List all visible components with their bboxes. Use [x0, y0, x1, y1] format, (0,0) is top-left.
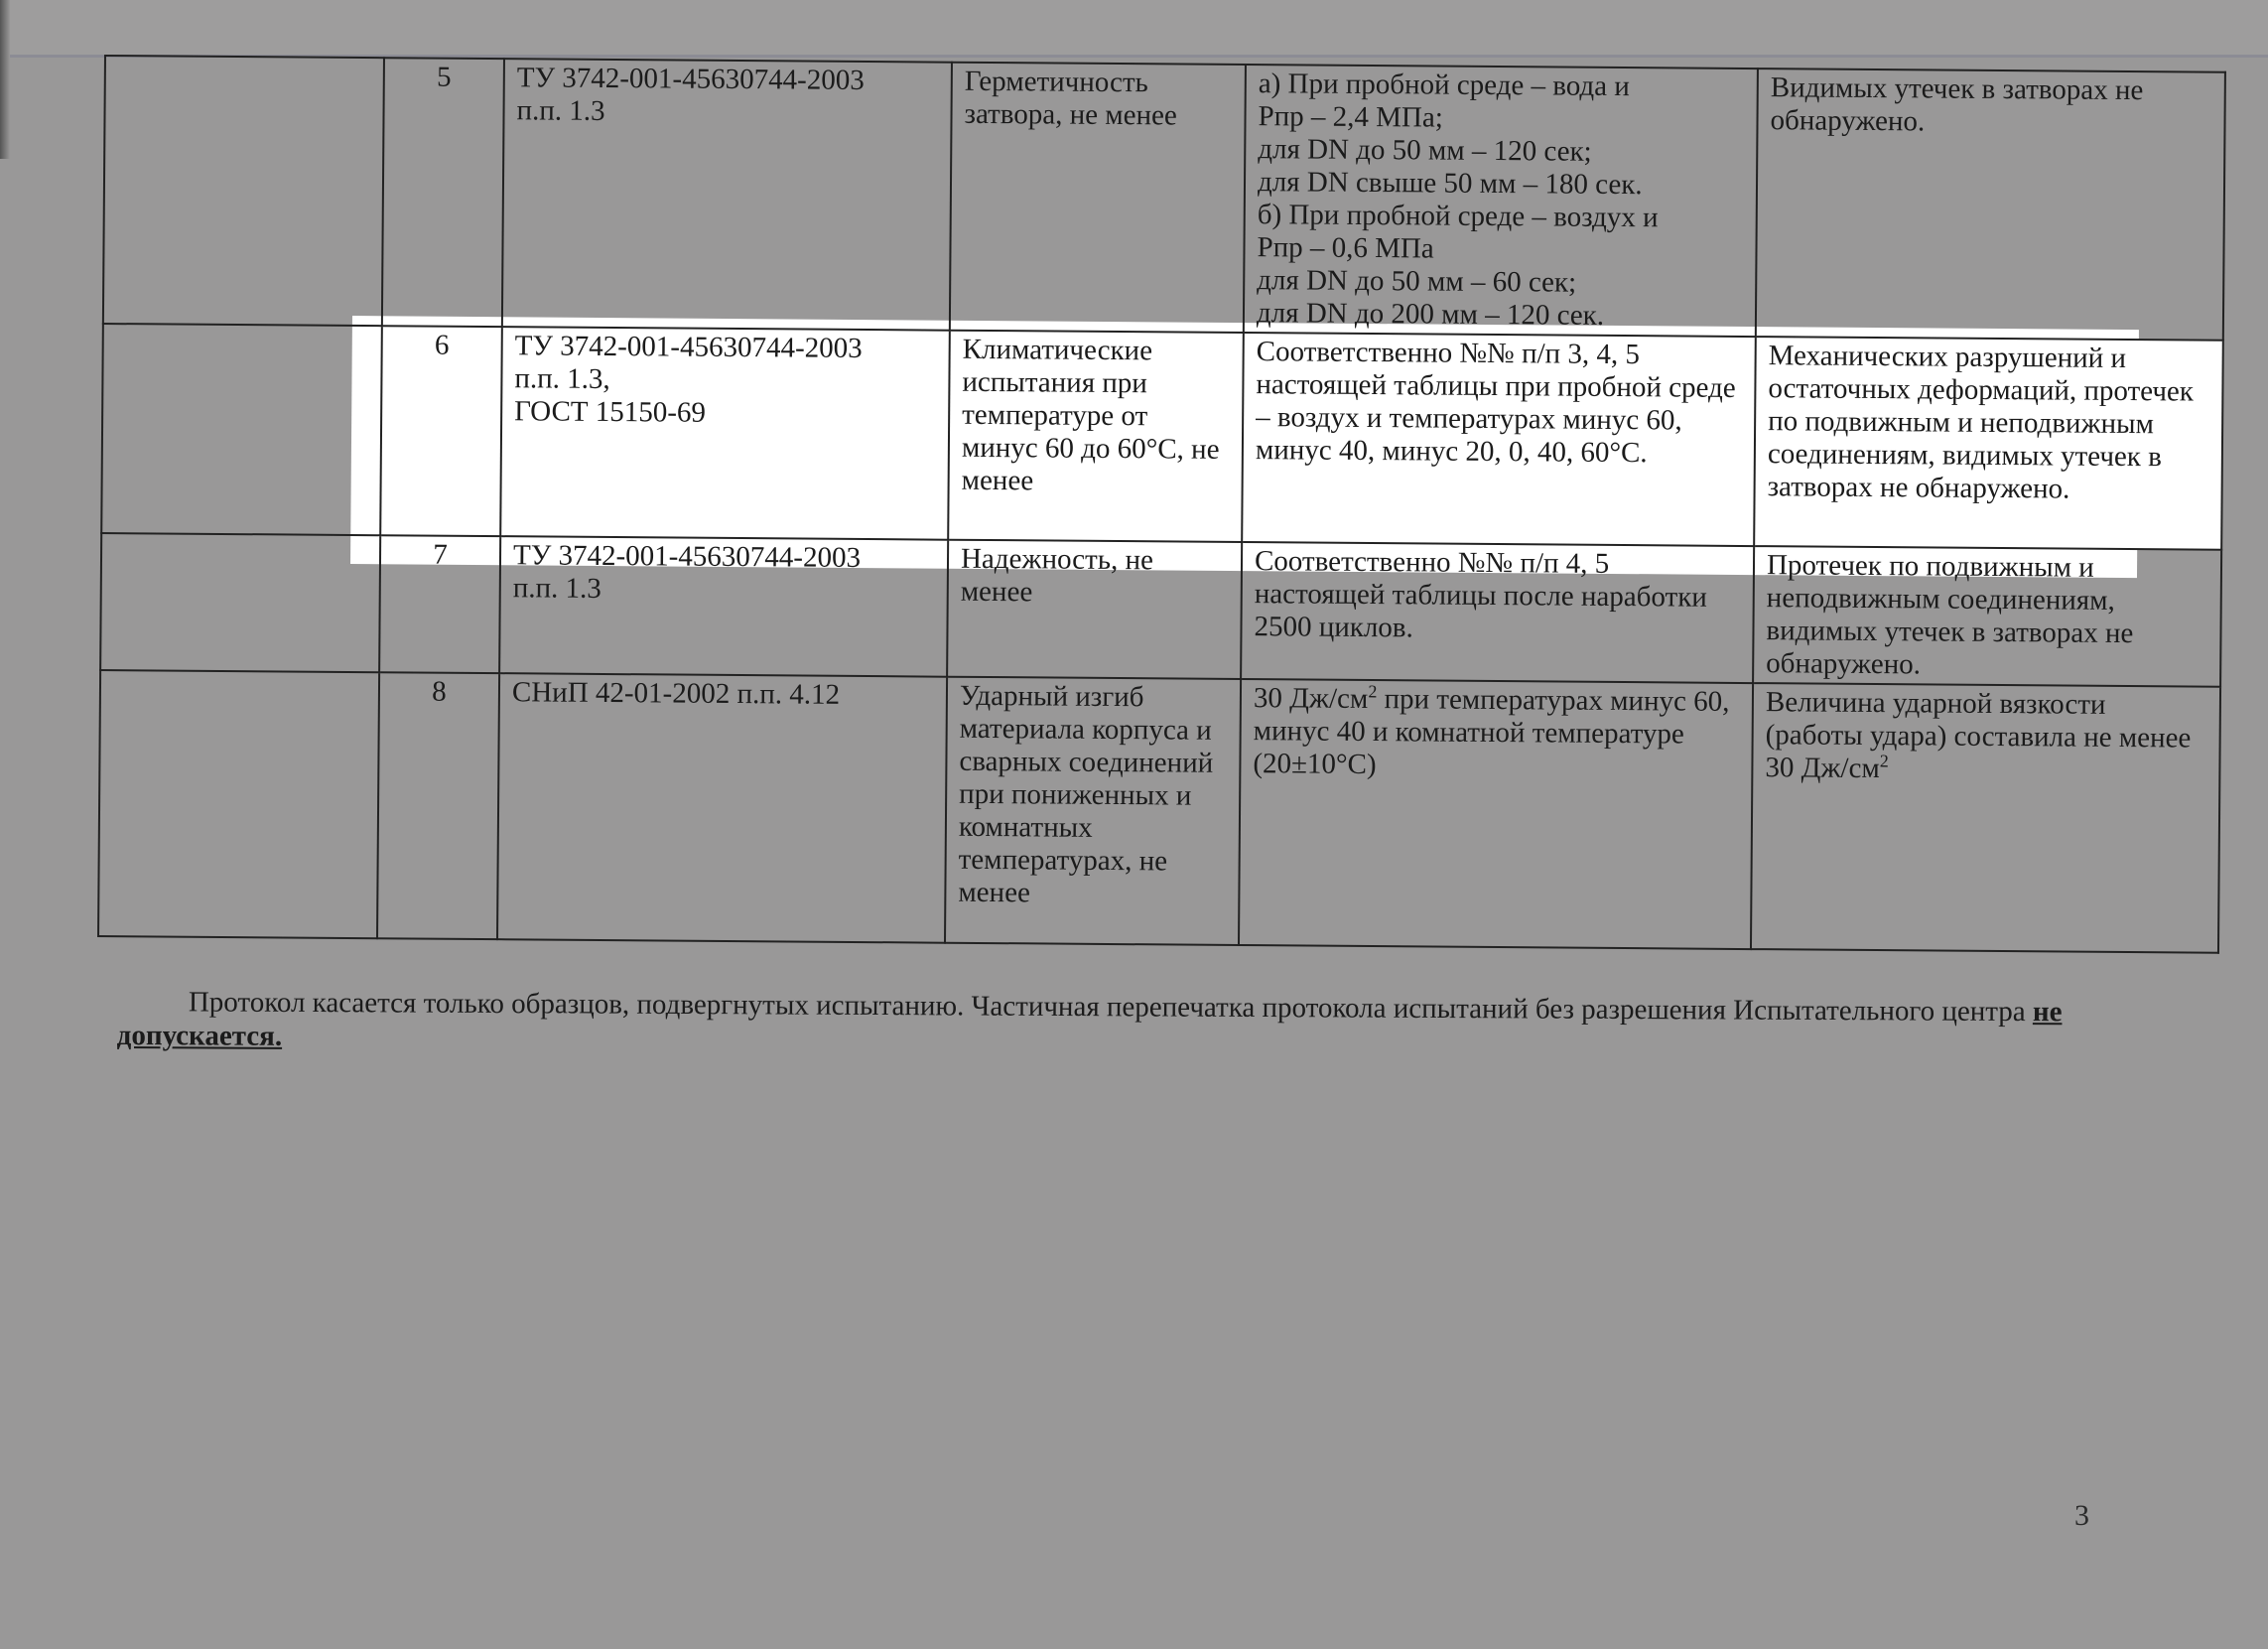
row-number: 5: [382, 58, 504, 327]
conditions-value: 30 Дж/см: [1254, 682, 1369, 715]
normative-clause: п.п. 1.3: [513, 572, 935, 608]
row-number: 7: [379, 535, 500, 673]
test-results-table-wrapper: 5 ТУ 3742-001-45630744-2003 п.п. 1.3 Гер…: [97, 55, 2109, 953]
row-number: 6: [380, 326, 502, 536]
protocol-footnote: Протокол касается только образцов, подве…: [117, 985, 2102, 1062]
normative-standard: ГОСТ 15150-69: [514, 395, 936, 431]
normative-clause: п.п. 1.3,: [514, 362, 936, 398]
row-number: 8: [377, 672, 499, 939]
test-results-table: 5 ТУ 3742-001-45630744-2003 п.п. 1.3 Гер…: [97, 55, 2226, 954]
normative-document: ТУ 3742-001-45630744-2003: [517, 62, 939, 97]
test-name: Герметичность затвора, не менее: [950, 63, 1246, 333]
normative-document-cell: СНиП 42-01-2002 п.п. 4.12: [497, 673, 947, 943]
result-text: Величина ударной вязкости (работы удара)…: [1765, 686, 2191, 784]
test-result: Протечек по подвижным и неподвижным соед…: [1753, 546, 2221, 687]
test-result: Видимых утечек в затворах не обнаружено.: [1756, 69, 2225, 341]
test-conditions: 30 Дж/см2 при температурах минус 60, мин…: [1239, 679, 1753, 949]
test-result: Величина ударной вязкости (работы удара)…: [1751, 683, 2220, 953]
condition-line: для DN до 50 мм – 120 сек;: [1258, 133, 1744, 170]
table-row: 8 СНиП 42-01-2002 п.п. 4.12 Ударный изги…: [98, 670, 2220, 953]
table-row: 7 ТУ 3742-001-45630744-2003 п.п. 1.3 Над…: [100, 533, 2221, 687]
normative-document: ТУ 3742-001-45630744-2003: [513, 539, 935, 575]
blank-cell: [101, 324, 382, 535]
test-conditions: Соответственно №№ п/п 4, 5 настоящей таб…: [1241, 542, 1754, 683]
blank-cell: [100, 533, 380, 672]
test-conditions-cell: а) При пробной среде – вода и Рпр – 2,4 …: [1244, 65, 1758, 337]
condition-line: Рпр – 0,6 МПа: [1257, 231, 1743, 268]
superscript-2: 2: [1880, 751, 1889, 770]
normative-document-cell: ТУ 3742-001-45630744-2003 п.п. 1.3: [499, 536, 948, 677]
condition-line: б) При пробной среде – воздух и: [1258, 199, 1744, 235]
condition-line: Рпр – 2,4 МПа;: [1258, 100, 1744, 137]
condition-line: для DN свыше 50 мм – 180 сек.: [1258, 166, 1744, 203]
scan-top-edge: [0, 0, 2268, 58]
table-row: 5 ТУ 3742-001-45630744-2003 п.п. 1.3 Гер…: [103, 56, 2225, 341]
normative-document: СНиП 42-01-2002 п.п. 4.12: [512, 676, 934, 712]
test-result: Механических разрушений и остаточных деф…: [1754, 337, 2223, 550]
condition-line: а) При пробной среде – вода и: [1259, 68, 1745, 104]
table-row-highlighted: 6 ТУ 3742-001-45630744-2003 п.п. 1.3, ГО…: [101, 324, 2223, 550]
normative-clause: п.п. 1.3: [516, 94, 938, 130]
condition-line: для DN до 50 мм – 60 сек;: [1257, 264, 1743, 301]
footnote-text: Протокол касается только образцов, подве…: [189, 986, 2033, 1028]
normative-document-cell: ТУ 3742-001-45630744-2003 п.п. 1.3: [502, 59, 952, 331]
blank-cell: [98, 670, 379, 938]
test-name: Ударный изгиб материала корпуса и сварны…: [945, 677, 1241, 945]
condition-line: для DN до 200 мм – 120 сек.: [1257, 297, 1743, 334]
test-name: Надежность, не менее: [947, 540, 1242, 679]
test-conditions: Соответственно №№ п/п 3, 4, 5 настоящей …: [1242, 333, 1756, 546]
page-number: 3: [2074, 1499, 2089, 1533]
normative-document-cell: ТУ 3742-001-45630744-2003 п.п. 1.3, ГОСТ…: [500, 327, 950, 540]
test-name: Климатические испытания при температуре …: [948, 331, 1244, 542]
blank-cell: [103, 56, 384, 326]
normative-document: ТУ 3742-001-45630744-2003: [515, 330, 937, 365]
scan-left-shadow: [0, 0, 10, 159]
